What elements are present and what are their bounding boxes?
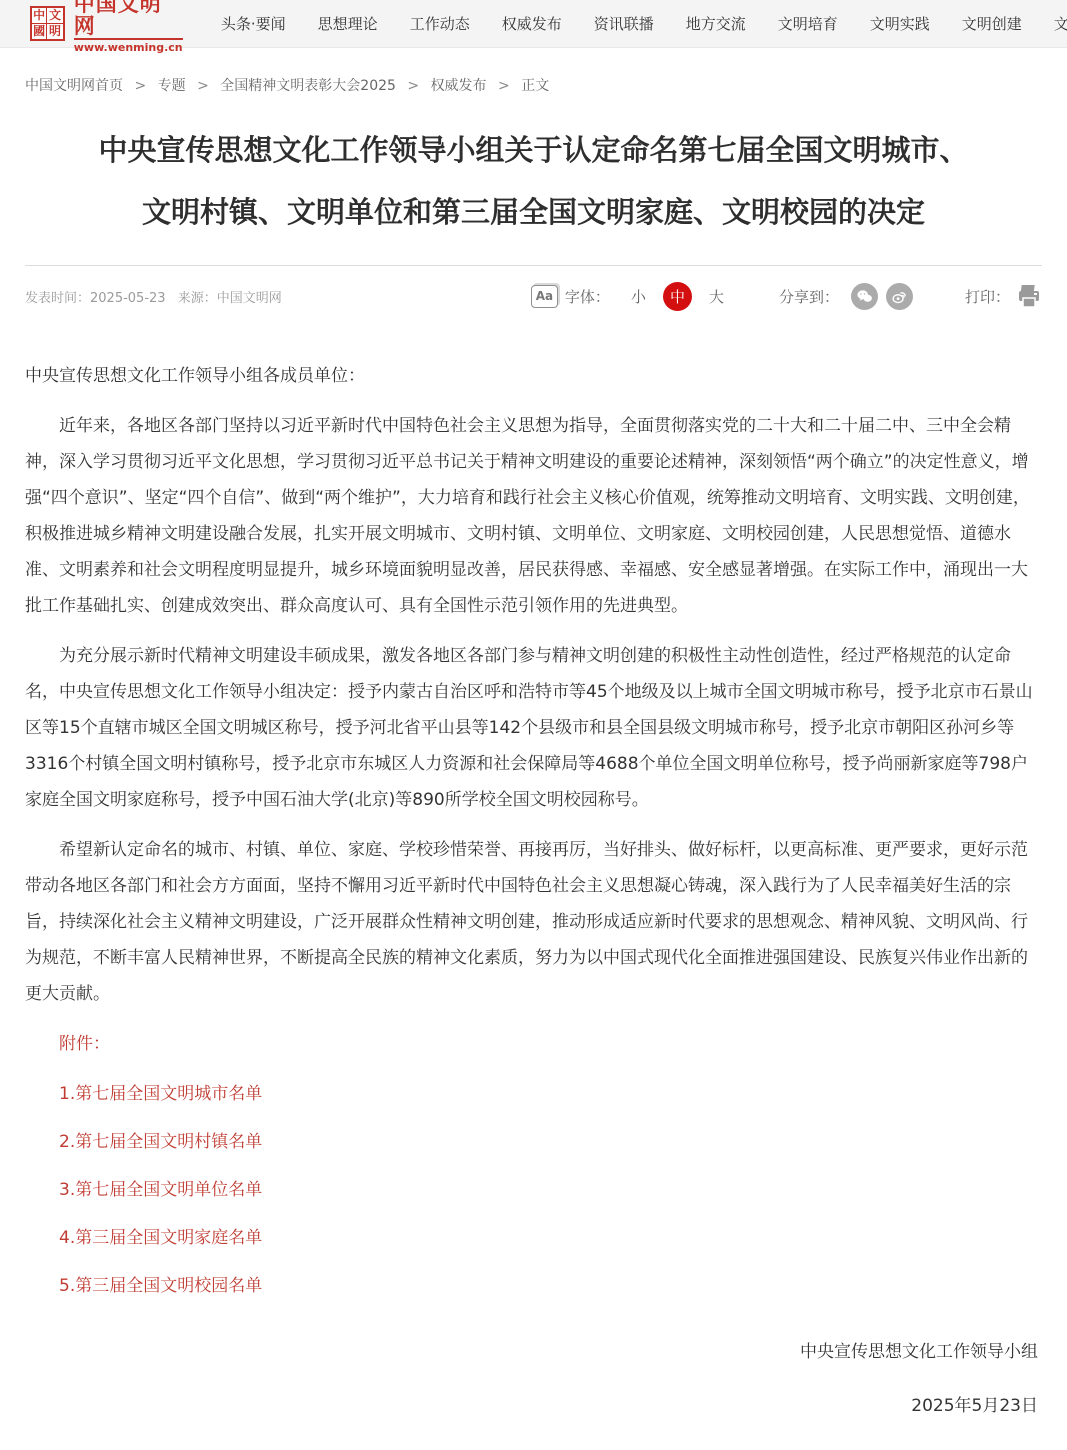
nav-item-light[interactable]: 文明之光 (1038, 13, 1067, 34)
breadcrumb-separator: > (134, 78, 146, 94)
site-name-block: 中国文明网 www.wenming.cn (74, 0, 183, 54)
page-title: 中央宣传思想文化工作领导小组关于认定命名第七届全国文明城市、 文明村镇、文明单位… (25, 119, 1042, 243)
wechat-icon (856, 288, 873, 305)
publish-time: 发表时间：2025-05-23 (25, 291, 166, 306)
font-size-small-button[interactable]: 小 (631, 286, 646, 307)
attachment-link-civilized-villages[interactable]: 2.第七届全国文明村镇名单 (25, 1124, 1042, 1160)
breadcrumb-event[interactable]: 全国精神文明表彰大会2025 (220, 78, 396, 94)
breadcrumb-separator: > (498, 78, 510, 94)
font-size-icon: Aa (531, 285, 558, 308)
page-title-line2: 文明村镇、文明单位和第三届全国文明家庭、文明校园的决定 (25, 181, 1042, 243)
article-source: 来源：中国文明网 (178, 291, 282, 306)
signature-date: 2025年5月23日 (25, 1388, 1038, 1424)
article-meta-row: 发表时间：2025-05-23 来源：中国文明网 Aa 字体： 小 中 大 分享… (25, 266, 1042, 326)
font-size-medium-button[interactable]: 中 (663, 282, 692, 311)
nav-item-news-network[interactable]: 资讯联播 (578, 13, 670, 34)
nav-item-theory[interactable]: 思想理论 (302, 13, 394, 34)
seal-char: 國 (32, 24, 47, 40)
signature: 中央宣传思想文化工作领导小组 (25, 1334, 1038, 1370)
attachment-link-civilized-families[interactable]: 4.第三届全国文明家庭名单 (25, 1220, 1042, 1256)
attachment-link-civilized-campuses[interactable]: 5.第三届全国文明校园名单 (25, 1268, 1042, 1304)
breadcrumb: 中国文明网首页 > 专题 > 全国精神文明表彰大会2025 > 权威发布 > 正… (25, 75, 1042, 95)
share-label: 分享到： (779, 286, 839, 307)
font-size-label: 字体： (565, 286, 610, 307)
breadcrumb-separator: > (407, 78, 419, 94)
attachments-label: 附件： (25, 1026, 1042, 1062)
breadcrumb-topics[interactable]: 专题 (158, 78, 186, 94)
article-body: 中央宣传思想文化工作领导小组各成员单位： 近年来，各地区各部门坚持以习近平新时代… (25, 358, 1042, 1424)
weibo-icon (891, 288, 908, 305)
site-name: 中国文明网 (74, 0, 183, 37)
paragraph-1: 近年来，各地区各部门坚持以习近平新时代中国特色社会主义思想为指导，全面贯彻落实党… (25, 408, 1042, 624)
wechat-share-button[interactable] (851, 283, 878, 310)
nav-item-work-trends[interactable]: 工作动态 (394, 13, 486, 34)
breadcrumb-separator: > (197, 78, 209, 94)
font-size-large-button[interactable]: 大 (709, 286, 724, 307)
weibo-share-button[interactable] (886, 283, 913, 310)
paragraph-2: 为充分展示新时代精神文明建设丰硕成果，激发各地区各部门参与精神文明创建的积极性主… (25, 638, 1042, 818)
nav-item-headlines[interactable]: 头条·要闻 (205, 13, 302, 34)
attachment-link-civilized-cities[interactable]: 1.第七届全国文明城市名单 (25, 1076, 1042, 1112)
nav-item-local-exchange[interactable]: 地方交流 (670, 13, 762, 34)
printer-icon (1016, 283, 1042, 309)
paragraph-3: 希望新认定命名的城市、村镇、单位、家庭、学校珍惜荣誉、再接再厉，当好排头、做好标… (25, 832, 1042, 1012)
print-label: 打印： (965, 286, 1010, 307)
breadcrumb-home[interactable]: 中国文明网首页 (25, 78, 123, 94)
top-navigation-bar: 中 文 國 明 中国文明网 www.wenming.cn 头条·要闻 思想理论 … (0, 0, 1067, 48)
article-meta: 发表时间：2025-05-23 来源：中国文明网 (25, 287, 282, 306)
breadcrumb-current: 正文 (521, 78, 549, 94)
attachment-link-civilized-units[interactable]: 3.第七届全国文明单位名单 (25, 1172, 1042, 1208)
article-toolbar: Aa 字体： 小 中 大 分享到： (531, 282, 1042, 311)
signature-block: 中央宣传思想文化工作领导小组 2025年5月23日 (25, 1334, 1042, 1424)
site-url: www.wenming.cn (74, 38, 183, 54)
site-logo[interactable]: 中 文 國 明 中国文明网 www.wenming.cn (30, 0, 183, 54)
nav-item-cultivation[interactable]: 文明培育 (762, 13, 854, 34)
main-nav: 头条·要闻 思想理论 工作动态 权威发布 资讯联播 地方交流 文明培育 文明实践… (205, 13, 1067, 34)
seal-char: 文 (47, 8, 62, 24)
breadcrumb-release[interactable]: 权威发布 (431, 78, 487, 94)
salutation: 中央宣传思想文化工作领导小组各成员单位： (25, 358, 1042, 394)
nav-item-creation[interactable]: 文明创建 (946, 13, 1038, 34)
nav-item-authoritative-release[interactable]: 权威发布 (486, 13, 578, 34)
nav-item-practice[interactable]: 文明实践 (854, 13, 946, 34)
site-seal-icon: 中 文 國 明 (30, 6, 65, 41)
page-title-line1: 中央宣传思想文化工作领导小组关于认定命名第七届全国文明城市、 (25, 119, 1042, 181)
print-button[interactable] (1016, 283, 1042, 309)
seal-char: 中 (32, 8, 47, 24)
seal-char: 明 (47, 24, 62, 40)
